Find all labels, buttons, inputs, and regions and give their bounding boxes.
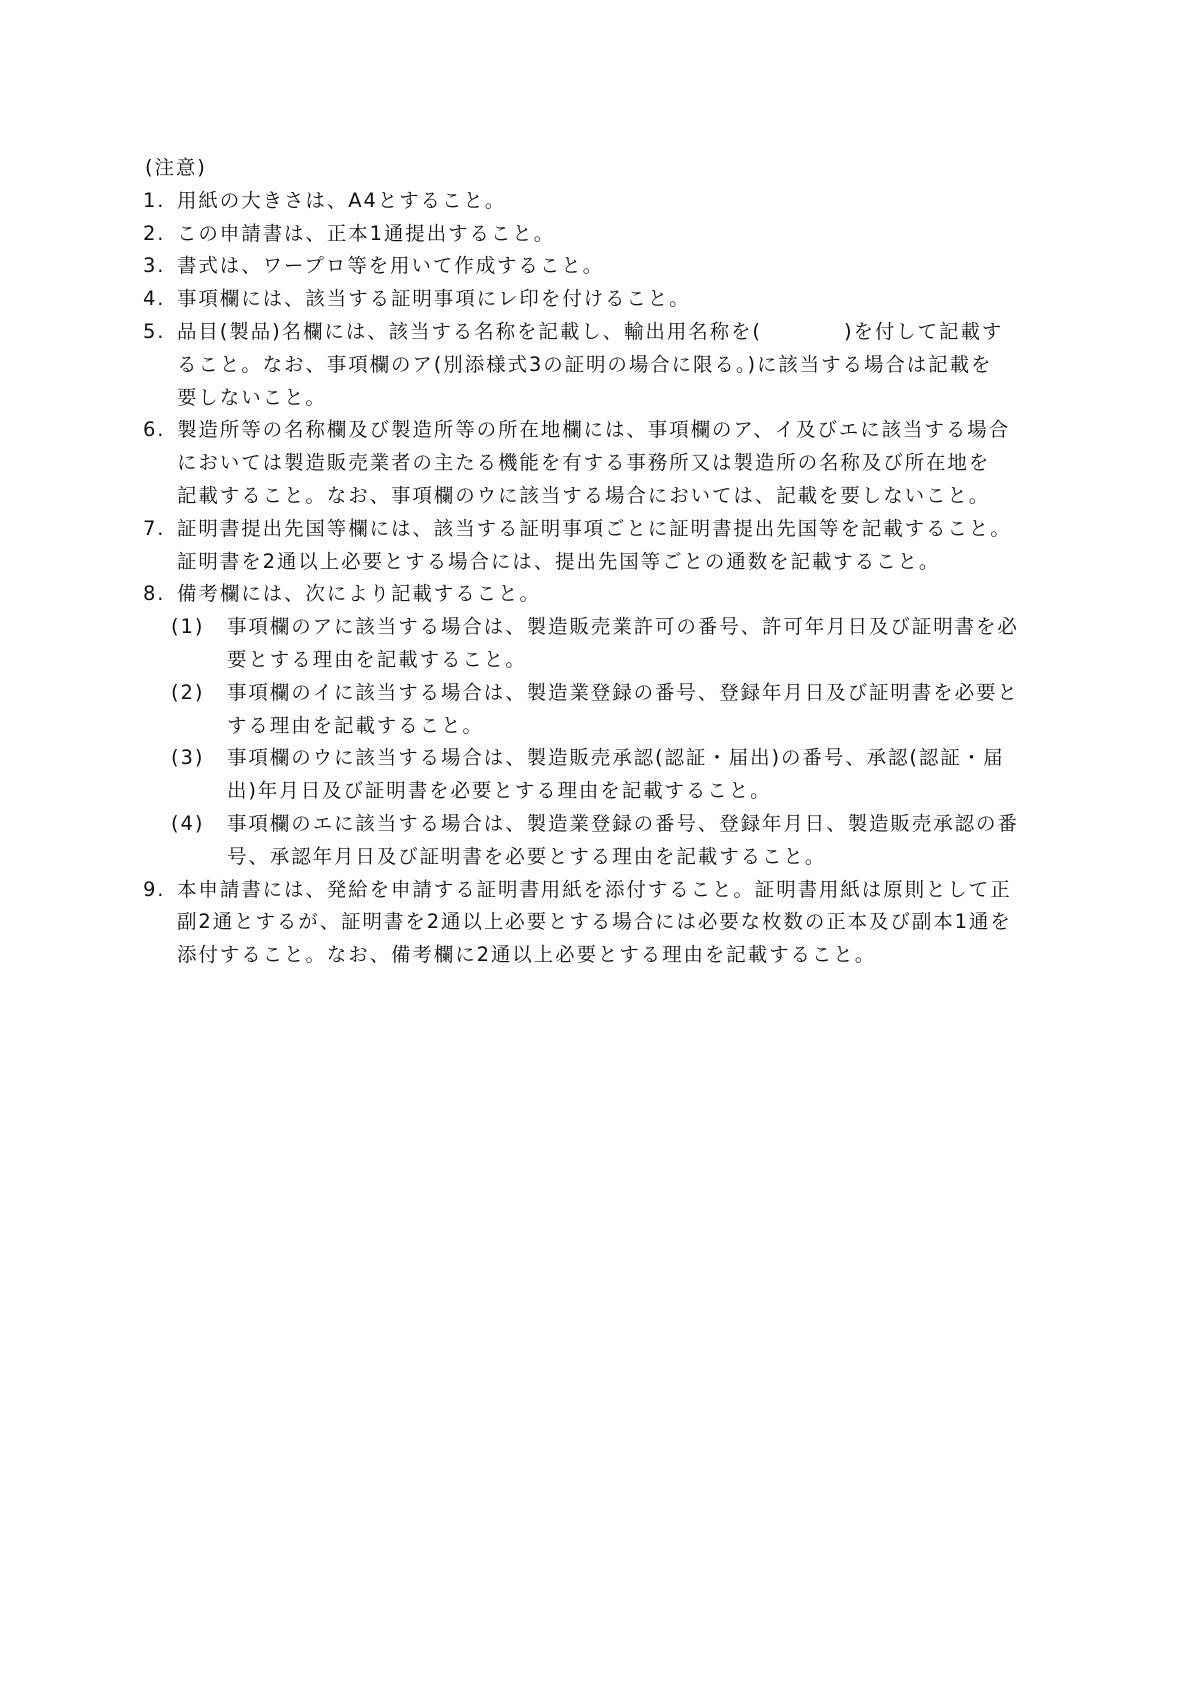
sub-item-number: (3) bbox=[143, 742, 227, 775]
sub-item-number: (4) bbox=[143, 808, 227, 841]
item-7-continuation: 証明書を2通以上必要とする場合には、提出先国等ごとの通数を記載すること。 bbox=[143, 546, 1043, 579]
item-text: 書式は、ワープロ等を用いて作成すること。 bbox=[177, 254, 604, 277]
item-number: 8. bbox=[143, 578, 177, 611]
sub-item-4: (4)事項欄のエに該当する場合は、製造業登録の番号、登録年月日、製造販売承認の番 bbox=[143, 808, 1043, 841]
sub-item-text: 事項欄のアに該当する場合は、製造販売業許可の番号、許可年月日及び証明書を必 bbox=[227, 615, 1019, 638]
item-number: 4. bbox=[143, 283, 177, 316]
item-number: 2. bbox=[143, 218, 177, 251]
item-5-continuation: ること。なお、事項欄のア(別添様式3の証明の場合に限る。)に該当する場合は記載を bbox=[143, 349, 1043, 382]
note-item-4: 4.事項欄には、該当する証明事項にレ印を付けること。 bbox=[143, 283, 1043, 316]
item-number: 6. bbox=[143, 414, 177, 447]
sub-item-3-continuation: 出)年月日及び証明書を必要とする理由を記載すること。 bbox=[143, 775, 1043, 808]
item-6-continuation: においては製造販売業者の主たる機能を有する事務所又は製造所の名称及び所在地を bbox=[143, 447, 1043, 480]
note-item-8: 8.備考欄には、次により記載すること。 bbox=[143, 578, 1043, 611]
note-item-7: 7.証明書提出先国等欄には、該当する証明事項ごとに証明書提出先国等を記載すること… bbox=[143, 513, 1043, 546]
item-9-continuation: 副2通とするが、証明書を2通以上必要とする場合には必要な枚数の正本及び副本1通を bbox=[143, 906, 1043, 939]
item-number: 5. bbox=[143, 316, 177, 349]
item-text: この申請書は、正本1通提出すること。 bbox=[177, 222, 555, 245]
item-text: 製造所等の名称欄及び製造所等の所在地欄には、事項欄のア、イ及びエに該当する場合 bbox=[177, 418, 1010, 441]
item-text: 本申請書には、発給を申請する証明書用紙を添付すること。証明書用紙は原則として正 bbox=[177, 878, 1012, 901]
item-text: )を付して記載す bbox=[844, 320, 1003, 343]
item-number: 3. bbox=[143, 250, 177, 283]
item-5-continuation: 要しないこと。 bbox=[143, 382, 1043, 415]
item-text: 備考欄には、次により記載すること。 bbox=[177, 582, 541, 605]
notes-heading: (注意) bbox=[143, 152, 1043, 185]
sub-item-text: 事項欄のイに該当する場合は、製造業登録の番号、登録年月日及び証明書を必要と bbox=[227, 681, 1019, 704]
sub-item-3: (3)事項欄のウに該当する場合は、製造販売承認(認証・届出)の番号、承認(認証・… bbox=[143, 742, 1043, 775]
note-item-5: 5.品目(製品)名欄には、該当する名称を記載し、輸出用名称を()を付して記載す bbox=[143, 316, 1043, 349]
note-item-1: 1.用紙の大きさは、A4とすること。 bbox=[143, 185, 1043, 218]
sub-item-2: (2)事項欄のイに該当する場合は、製造業登録の番号、登録年月日及び証明書を必要と bbox=[143, 677, 1043, 710]
note-item-6: 6.製造所等の名称欄及び製造所等の所在地欄には、事項欄のア、イ及びエに該当する場… bbox=[143, 414, 1043, 447]
item-9-continuation: 添付すること。なお、備考欄に2通以上必要とする理由を記載すること。 bbox=[143, 939, 1043, 972]
item-text: 品目(製品)名欄には、該当する名称を記載し、輸出用名称を( bbox=[177, 320, 762, 343]
sub-item-4-continuation: 号、承認年月日及び証明書を必要とする理由を記載すること。 bbox=[143, 841, 1043, 874]
note-item-2: 2.この申請書は、正本1通提出すること。 bbox=[143, 218, 1043, 251]
item-text: 用紙の大きさは、A4とすること。 bbox=[177, 189, 506, 212]
sub-item-1: (1)事項欄のアに該当する場合は、製造販売業許可の番号、許可年月日及び証明書を必 bbox=[143, 611, 1043, 644]
sub-item-text: 事項欄のウに該当する場合は、製造販売承認(認証・届出)の番号、承認(認証・届 bbox=[227, 746, 1005, 769]
item-number: 7. bbox=[143, 513, 177, 546]
sub-item-number: (1) bbox=[143, 611, 227, 644]
sub-item-text: 事項欄のエに該当する場合は、製造業登録の番号、登録年月日、製造販売承認の番 bbox=[227, 812, 1019, 835]
document-page: (注意) 1.用紙の大きさは、A4とすること。 2.この申請書は、正本1通提出す… bbox=[0, 0, 1181, 1695]
item-number: 9. bbox=[143, 874, 177, 907]
note-item-9: 9.本申請書には、発給を申請する証明書用紙を添付すること。証明書用紙は原則として… bbox=[143, 874, 1043, 907]
sub-item-number: (2) bbox=[143, 677, 227, 710]
sub-item-2-continuation: する理由を記載すること。 bbox=[143, 710, 1043, 743]
notes-section: (注意) 1.用紙の大きさは、A4とすること。 2.この申請書は、正本1通提出す… bbox=[143, 152, 1043, 972]
item-number: 1. bbox=[143, 185, 177, 218]
item-text: 事項欄には、該当する証明事項にレ印を付けること。 bbox=[177, 287, 691, 310]
sub-item-1-continuation: 要とする理由を記載すること。 bbox=[143, 644, 1043, 677]
item-6-continuation: 記載すること。なお、事項欄のウに該当する場合においては、記載を要しないこと。 bbox=[143, 480, 1043, 513]
item-text: 証明書提出先国等欄には、該当する証明事項ごとに証明書提出先国等を記載すること。 bbox=[177, 517, 1012, 540]
note-item-3: 3.書式は、ワープロ等を用いて作成すること。 bbox=[143, 250, 1043, 283]
